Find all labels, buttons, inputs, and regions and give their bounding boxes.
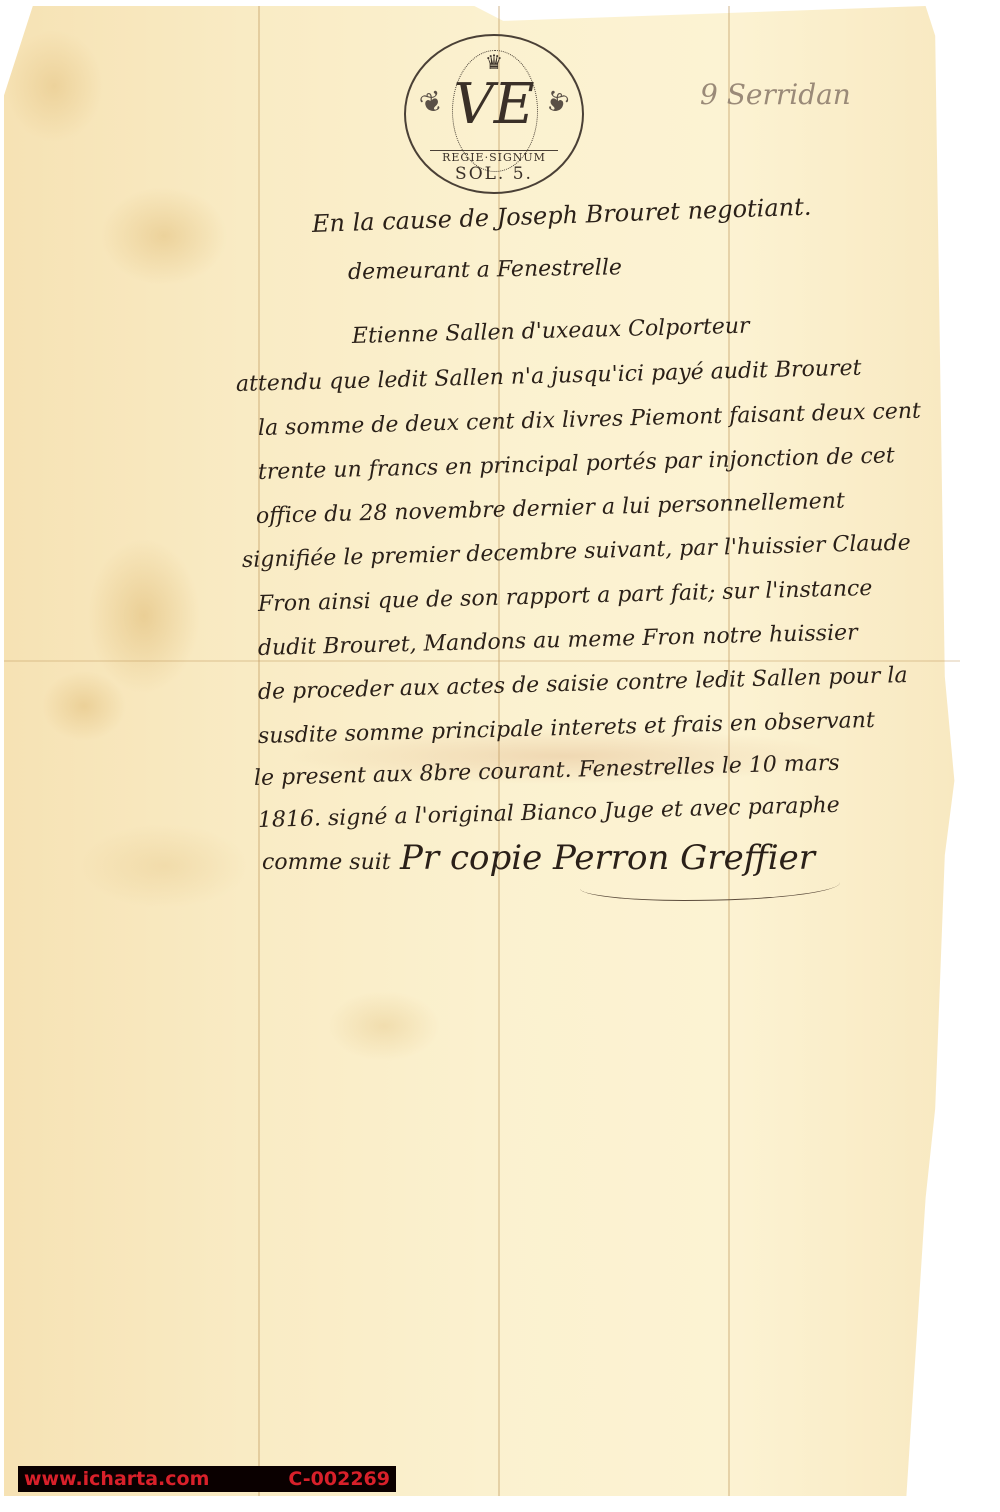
stamp-band-text: REGIE·SIGNUM	[430, 150, 558, 164]
fold-line-vertical	[728, 6, 730, 1496]
watermark-code: C-002269	[288, 1468, 390, 1490]
crown-icon: ♛	[406, 50, 582, 74]
stamp-monogram: VE	[406, 72, 582, 137]
text-line: demeurant a Fenestrelle	[348, 255, 622, 285]
text-line: comme suit	[262, 850, 391, 875]
stamp-value: SOL. 5.	[455, 164, 533, 184]
fold-line-horizontal	[4, 660, 960, 662]
fold-line-vertical	[258, 6, 260, 1496]
watermark-bar: www.icharta.com C-002269	[18, 1466, 396, 1492]
watermark-site: www.icharta.com	[24, 1468, 209, 1490]
pencil-annotation: 9 Serridan	[700, 78, 851, 111]
revenue-stamp: ❦ ❦ ♛ VE REGIE·SIGNUM SOL. 5.	[404, 34, 584, 194]
